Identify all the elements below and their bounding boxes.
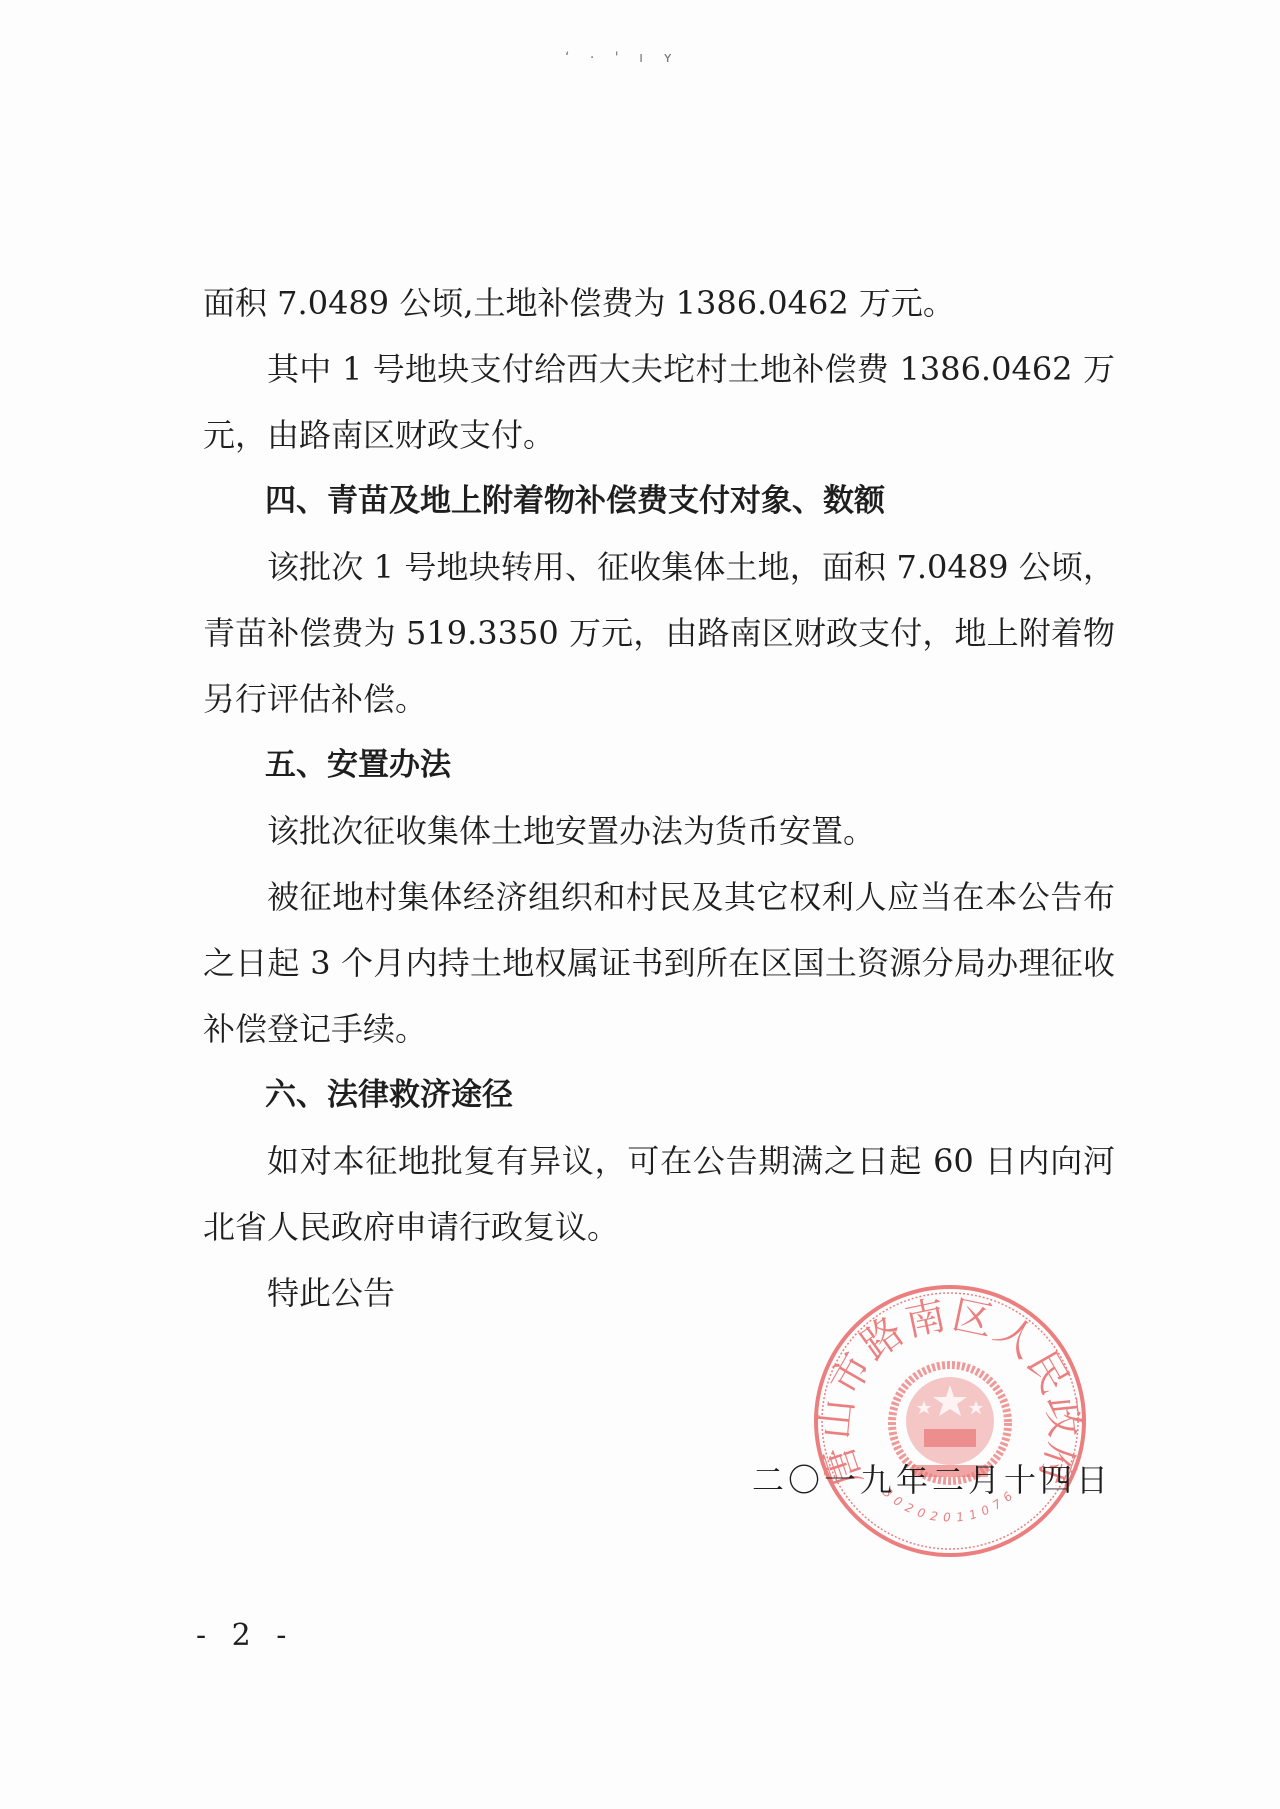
document-page: ‘ · ' ı ʏ 面积 7.0489 公顷,土地补偿费为 1386.0462 … (0, 0, 1280, 1809)
paragraph-legal-remedy: 如对本征地批复有异议，可在公告期满之日起 60 日内向河北省人民政府申请行政复议… (203, 1128, 1115, 1260)
document-date: 二〇一九年二月十四日 (752, 1455, 1112, 1501)
section-heading-5: 五、安置办法 (203, 732, 1115, 798)
document-body: 面积 7.0489 公顷,土地补偿费为 1386.0462 万元。 其中 1 号… (203, 270, 1115, 1326)
scan-artifact-marks: ‘ · ' ı ʏ (565, 50, 680, 66)
paragraph-resettlement-method: 该批次征收集体土地安置办法为货币安置。 (203, 798, 1115, 864)
page-number: - 2 - (196, 1618, 294, 1653)
official-seal-icon: 唐山市路南区人民政府 1302020110765 (812, 1283, 1088, 1559)
paragraph-registration: 被征地村集体经济组织和村民及其它权利人应当在本公告布之日起 3 个月内持土地权属… (203, 864, 1115, 1062)
paragraph-area-compensation: 面积 7.0489 公顷,土地补偿费为 1386.0462 万元。 (203, 270, 1115, 336)
paragraph-crop-compensation: 该批次 1 号地块转用、征收集体土地，面积 7.0489 公顷，青苗补偿费为 5… (203, 534, 1115, 732)
section-heading-4: 四、青苗及地上附着物补偿费支付对象、数额 (203, 468, 1115, 534)
section-heading-6: 六、法律救济途径 (203, 1062, 1115, 1128)
paragraph-plot-payment: 其中 1 号地块支付给西大夫坨村土地补偿费 1386.0462 万元，由路南区财… (203, 336, 1115, 468)
